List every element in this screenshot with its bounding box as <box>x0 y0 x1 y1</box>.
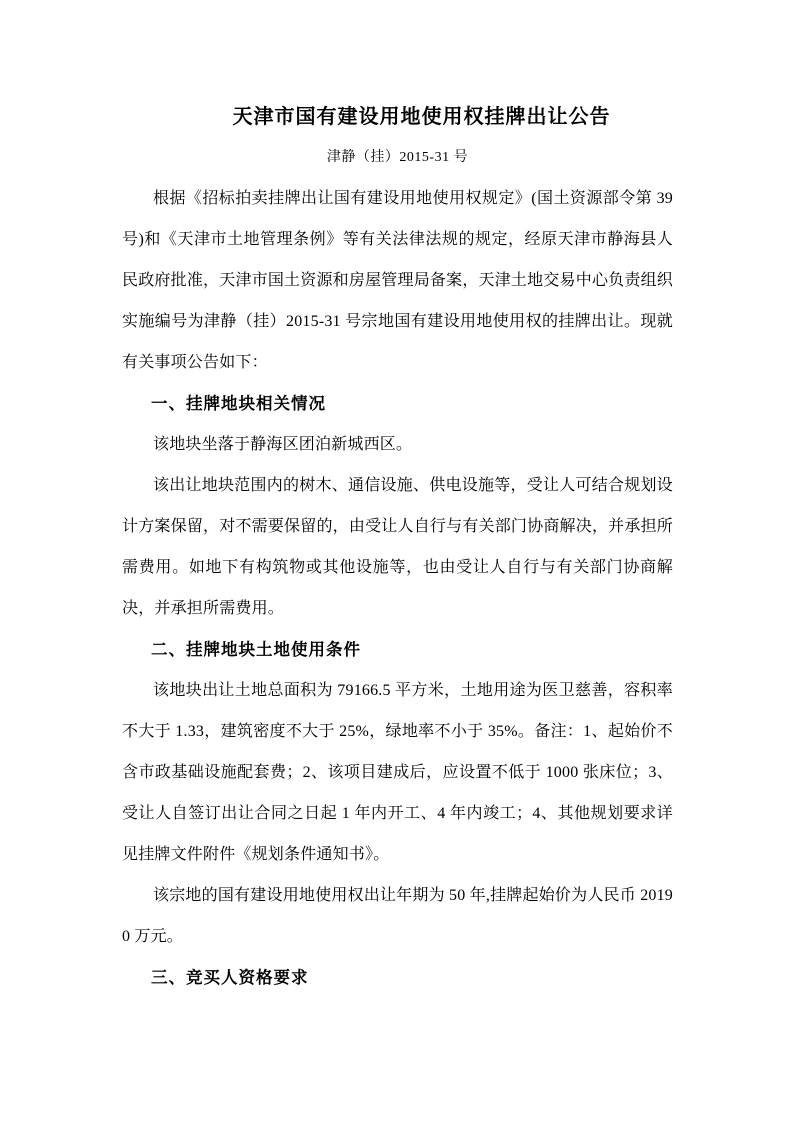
intro-paragraph: 根据《招标拍卖挂牌出让国有建设用地使用权规定》(国土资源部令第 39 号)和《天… <box>122 178 673 383</box>
section-2-heading: 二、挂牌地块土地使用条件 <box>122 629 673 670</box>
section-2-paragraph-2: 该宗地的国有建设用地使用权出让年期为 50 年,挂牌起始价为人民币 20190 … <box>122 875 673 957</box>
section-1-heading: 一、挂牌地块相关情况 <box>122 383 673 424</box>
document-title: 天津市国有建设用地使用权挂牌出让公告 <box>122 102 673 132</box>
document-page: 天津市国有建设用地使用权挂牌出让公告 津静（挂）2015-31 号 根据《招标拍… <box>0 0 794 1123</box>
document-number: 津静（挂）2015-31 号 <box>122 146 673 170</box>
document-body: 根据《招标拍卖挂牌出让国有建设用地使用权规定》(国土资源部令第 39 号)和《天… <box>122 178 673 998</box>
section-3-heading: 三、竞买人资格要求 <box>122 957 673 998</box>
section-1-paragraph-1: 该地块坐落于静海区团泊新城西区。 <box>122 424 673 465</box>
section-1-paragraph-2: 该出让地块范围内的树木、通信设施、供电设施等，受让人可结合规划设计方案保留，对不… <box>122 465 673 629</box>
section-2-paragraph-1: 该地块出让土地总面积为 79166.5 平方米，土地用途为医卫慈善，容积率不大于… <box>122 670 673 875</box>
